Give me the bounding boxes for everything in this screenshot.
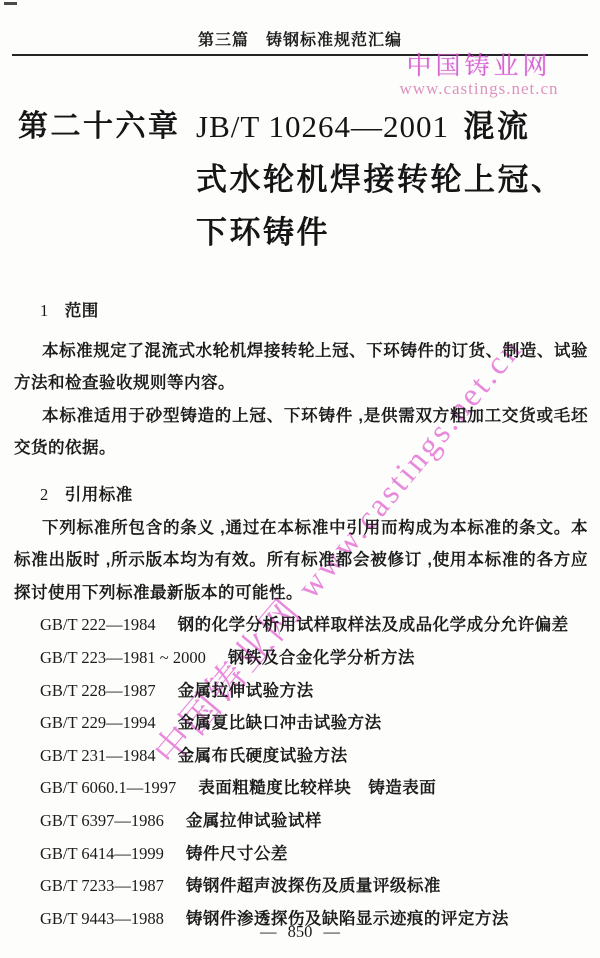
section-2-title: 引用标准 [65, 486, 133, 504]
reference-item: GB/T 223—1981 ~ 2000钢铁及合金化学分析方法 [14, 642, 588, 675]
reference-title: 金属夏比缺口冲击试验方法 [178, 714, 382, 732]
reference-code: GB/T 231—1984 [40, 746, 156, 765]
reference-code: GB/T 7233—1987 [40, 876, 164, 895]
document-body: 1范围 本标准规定了混流式水轮机焊接转轮上冠、下环铸件的订货、制造、试验方法和检… [14, 295, 588, 935]
reference-title: 铸件尺寸公差 [186, 845, 288, 863]
reference-title: 钢铁及合金化学分析方法 [228, 649, 415, 667]
reference-code: GB/T 228—1987 [40, 681, 156, 700]
chapter-title-line-1: JB/T 10264—2001混流 [196, 100, 590, 153]
reference-item: GB/T 6414—1999铸件尺寸公差 [14, 838, 588, 871]
running-header: 第三篇 铸钢标准规范汇编 [0, 27, 600, 50]
standard-code: JB/T 10264—2001 [196, 109, 449, 144]
reference-title: 表面粗糙度比较样块 铸造表面 [198, 779, 436, 797]
reference-code: GB/T 223—1981 ~ 2000 [40, 648, 206, 667]
reference-code: GB/T 6060.1—1997 [40, 778, 176, 797]
reference-title: 金属拉伸试验试样 [186, 812, 322, 830]
reference-item: GB/T 229—1994金属夏比缺口冲击试验方法 [14, 707, 588, 740]
reference-title: 铸钢件超声波探伤及质量评级标准 [186, 877, 441, 895]
chapter-title-line-3: 下环铸件 [196, 206, 590, 259]
chapter-number: 第二十六章 [18, 100, 196, 153]
section-1-paragraph-1: 本标准规定了混流式水轮机焊接转轮上冠、下环铸件的订货、制造、试验方法和检查验收规… [14, 335, 588, 400]
chapter-title-text-1: 混流 [463, 109, 530, 144]
reference-code: GB/T 222—1984 [40, 615, 156, 634]
reference-standards-list: GB/T 222—1984钢的化学分析用试样取样法及成品化学成分允许偏差 GB/… [14, 609, 588, 935]
site-watermark-name: 中国铸业网 [398, 53, 560, 80]
reference-title: 金属布氏硬度试验方法 [178, 747, 348, 765]
reference-item: GB/T 231—1984金属布氏硬度试验方法 [14, 740, 588, 773]
reference-title: 金属拉伸试验方法 [178, 682, 314, 700]
scan-artifact [4, 2, 17, 5]
reference-item: GB/T 222—1984钢的化学分析用试样取样法及成品化学成分允许偏差 [14, 609, 588, 642]
section-1-heading: 1范围 [14, 295, 588, 328]
reference-item: GB/T 6397—1986金属拉伸试验试样 [14, 805, 588, 838]
section-1-title: 范围 [65, 302, 99, 320]
section-1-paragraph-2: 本标准适用于砂型铸造的上冠、下环铸件 ,是供需双方粗加工交货或毛坯交货的依据。 [14, 400, 588, 465]
reference-code: GB/T 6414—1999 [40, 844, 164, 863]
section-2-number: 2 [40, 485, 49, 504]
reference-title: 钢的化学分析用试样取样法及成品化学成分允许偏差 [178, 616, 569, 634]
section-1-number: 1 [40, 301, 49, 320]
section-2-heading: 2引用标准 [14, 479, 588, 512]
site-watermark: 中国铸业网 www.castings.net.cn [398, 53, 560, 98]
chapter-title-block: 第二十六章 JB/T 10264—2001混流 式水轮机焊接转轮上冠、 下环铸件 [18, 100, 590, 259]
chapter-title-line-2: 式水轮机焊接转轮上冠、 [196, 153, 590, 206]
reference-item: GB/T 228—1987金属拉伸试验方法 [14, 675, 588, 708]
site-watermark-url: www.castings.net.cn [398, 80, 560, 98]
scanned-document-page: 第三篇 铸钢标准规范汇编 中国铸业网 www.castings.net.cn 中… [0, 0, 600, 958]
reference-code: GB/T 6397—1986 [40, 811, 164, 830]
reference-code: GB/T 229—1994 [40, 713, 156, 732]
chapter-title-lines: JB/T 10264—2001混流 式水轮机焊接转轮上冠、 下环铸件 [196, 100, 590, 259]
header-divider [12, 54, 588, 56]
page-number: — 850 — [0, 922, 600, 942]
reference-item: GB/T 7233—1987铸钢件超声波探伤及质量评级标准 [14, 870, 588, 903]
section-2-paragraph-1: 下列标准所包含的条义 ,通过在本标准中引用而构成为本标准的条文。本标准出版时 ,… [14, 512, 588, 610]
reference-item: GB/T 6060.1—1997表面粗糙度比较样块 铸造表面 [14, 772, 588, 805]
